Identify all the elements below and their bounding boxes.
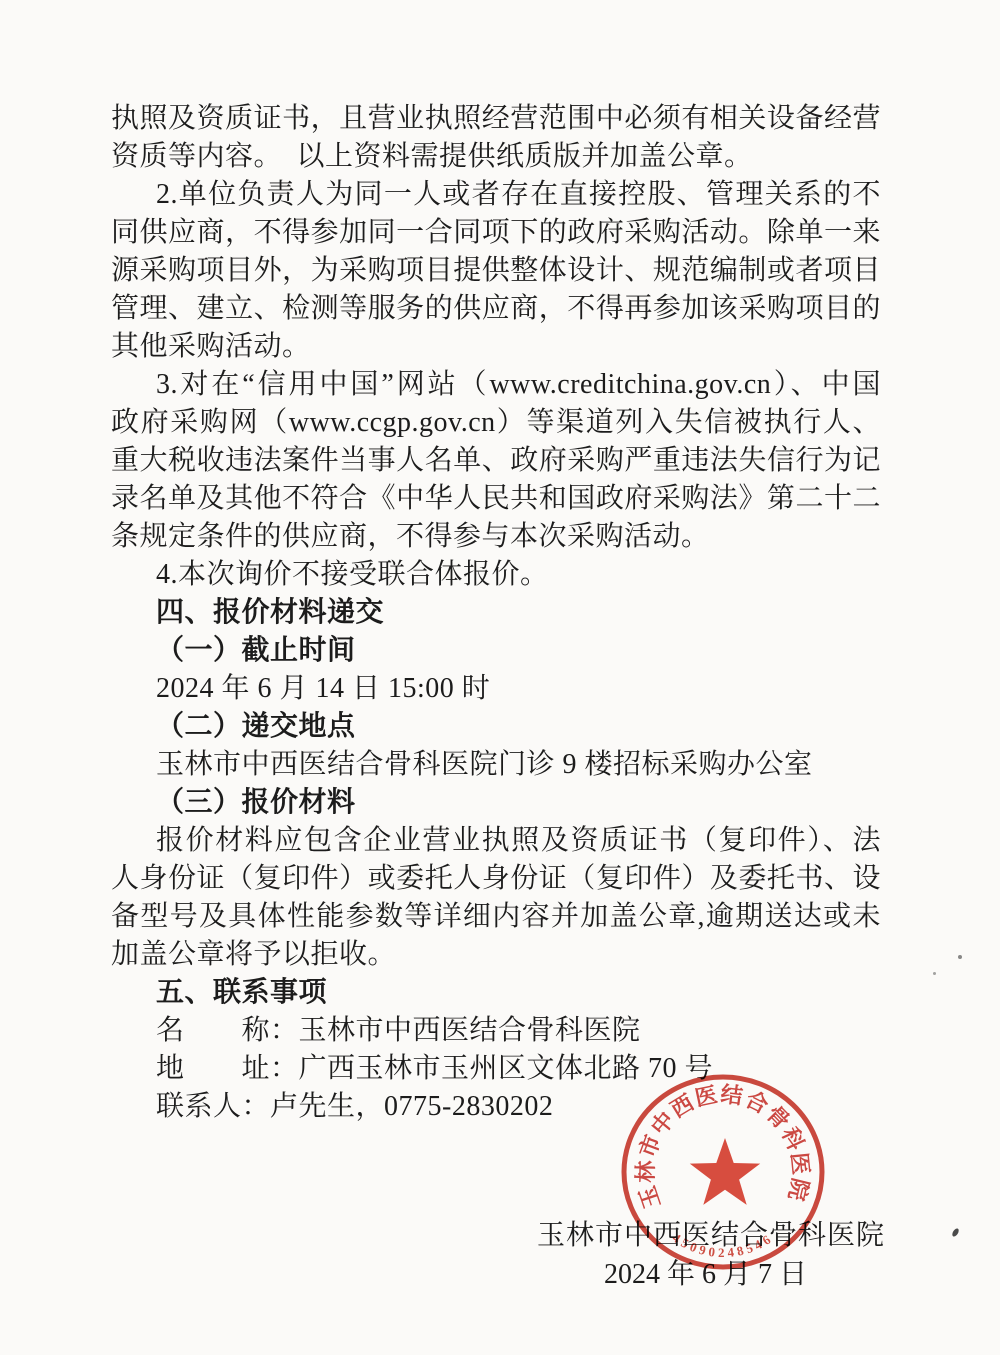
seal-code: 45090248546 (670, 1230, 776, 1260)
doc-line: 同供应商，不得参加同一合同项下的政府采购活动。除单一来 (111, 214, 881, 252)
doc-line: 重大税收违法案件当事人名单、政府采购严重违法失信行为记 (111, 442, 881, 480)
doc-line: 执照及资质证书，且营业执照经营范围中必须有相关设备经营 (111, 100, 881, 138)
doc-line: 管理、建立、检测等服务的供应商，不得再参加该采购项目的 (111, 290, 881, 328)
doc-line: 录名单及其他不符合《中华人民共和国政府采购法》第二十二 (111, 480, 881, 518)
doc-line: 人身份证（复印件）或委托人身份证（复印件）及委托书、设 (111, 860, 881, 898)
document-body: 执照及资质证书，且营业执照经营范围中必须有相关设备经营资质等内容。 以上资料需提… (111, 100, 881, 1126)
doc-line: （二）递交地点 (111, 708, 881, 746)
doc-line: 玉林市中西医结合骨科医院门诊 9 楼招标采购办公室 (111, 746, 881, 784)
doc-line: 条规定条件的供应商，不得参与本次采购活动。 (111, 518, 881, 556)
scan-speck (958, 955, 962, 959)
doc-line: 政府采购网（www.ccgp.gov.cn）等渠道列入失信被执行人、 (111, 404, 881, 442)
doc-line: 资质等内容。 以上资料需提供纸质版并加盖公章。 (111, 138, 881, 176)
doc-line: 源采购项目外，为采购项目提供整体设计、规范编制或者项目 (111, 252, 881, 290)
document-lines: 执照及资质证书，且营业执照经营范围中必须有相关设备经营资质等内容。 以上资料需提… (111, 100, 881, 1126)
scan-speck (933, 972, 936, 975)
doc-line: 四、报价材料递交 (111, 594, 881, 632)
seal-star-icon (690, 1138, 760, 1205)
doc-line: 备型号及具体性能参数等详细内容并加盖公章,逾期送达或未 (111, 898, 881, 936)
doc-line: 名 称：玉林市中西医结合骨科医院 (111, 1012, 881, 1050)
doc-line: （三）报价材料 (111, 784, 881, 822)
page-root: { "page": { "colors": { "paper": "#fbfaf… (0, 0, 1000, 1355)
doc-line: 其他采购活动。 (111, 328, 881, 366)
scan-speck (951, 1227, 960, 1237)
doc-line: 五、联系事项 (111, 974, 881, 1012)
doc-line: 4.本次询价不接受联合体报价。 (111, 556, 881, 594)
doc-line: 加盖公章将予以拒收。 (111, 936, 881, 974)
doc-line: 3.对在“信用中国”网站（www.creditchina.gov.cn）、中国 (111, 366, 881, 404)
doc-line: 2.单位负责人为同一人或者存在直接控股、管理关系的不 (111, 176, 881, 214)
doc-line: 2024 年 6 月 14 日 15:00 时 (111, 670, 881, 708)
official-seal: 玉林市中西医结合骨科医院 45090248546 (613, 1062, 833, 1282)
doc-line: （一）截止时间 (111, 632, 881, 670)
doc-line: 报价材料应包含企业营业执照及资质证书（复印件）、法 (111, 822, 881, 860)
